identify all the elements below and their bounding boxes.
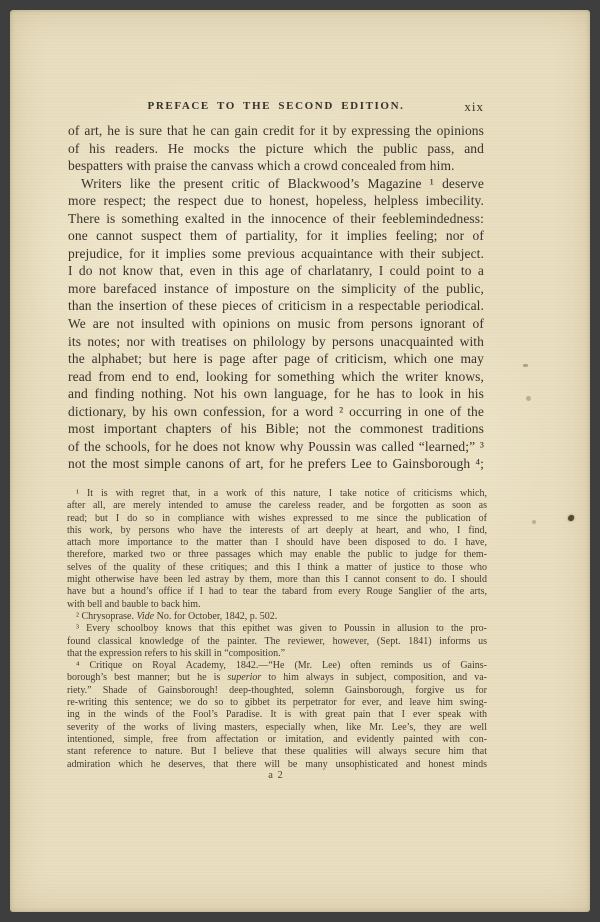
text-line: attach more importance to the matter tha… bbox=[67, 537, 487, 549]
book-page: PREFACE TO THE SECOND EDITION. xix of ar… bbox=[10, 10, 590, 912]
foxing-speck bbox=[568, 515, 574, 521]
text-line: ing in the winds of the Fool’s Paradise.… bbox=[67, 709, 487, 721]
text-line: more barefaced instance of imposture on … bbox=[68, 280, 484, 298]
text-line: Writers like the present critic of Black… bbox=[68, 175, 484, 193]
text-line: ³ Every schoolboy knows that this epithe… bbox=[67, 623, 487, 635]
text-line: found classical knowledge of the painter… bbox=[67, 636, 487, 648]
text-line: bespatters with praise the canvass which… bbox=[68, 157, 484, 175]
text-line: this work, by persons who have the inter… bbox=[67, 525, 487, 537]
text-line: and finding nothing. Not his own languag… bbox=[68, 385, 484, 403]
text-line: selves of the quality of these critiques… bbox=[67, 562, 487, 574]
text-line: read from end to end, looking for someth… bbox=[68, 368, 484, 386]
text-line: have but a hound’s office if I had to te… bbox=[67, 586, 487, 598]
paragraph: ³ Every schoolboy knows that this epithe… bbox=[67, 623, 487, 660]
body-text: of art, he is sure that he can gain cred… bbox=[68, 122, 484, 473]
text-line: ⁴ Critique on Royal Academy, 1842.—“He (… bbox=[67, 660, 487, 672]
paragraph: ¹ It is with regret that, in a work of t… bbox=[67, 488, 487, 611]
foxing-speck bbox=[532, 520, 536, 524]
text-line: might otherwise have been led astray by … bbox=[67, 574, 487, 586]
running-header-title: PREFACE TO THE SECOND EDITION. bbox=[68, 100, 484, 112]
text-line: with bell and bauble to back him. bbox=[67, 599, 487, 611]
text-line: There is something exalted in the innoce… bbox=[68, 210, 484, 228]
footnotes-section: ¹ It is with regret that, in a work of t… bbox=[67, 488, 487, 771]
text-line: ¹ It is with regret that, in a work of t… bbox=[67, 488, 487, 500]
text-line: riety.” Shade of Gainsborough! deep-thou… bbox=[67, 685, 487, 697]
text-line: ² Chrysoprase. Vide No. for October, 184… bbox=[67, 611, 487, 623]
text-line: that the expression refers to his skill … bbox=[67, 648, 487, 660]
text-line: dictionary, by his own confession, for a… bbox=[68, 403, 484, 421]
foxing-speck bbox=[523, 364, 528, 367]
photo-background: PREFACE TO THE SECOND EDITION. xix of ar… bbox=[0, 0, 600, 922]
text-line: admiration which he deserves, that there… bbox=[67, 759, 487, 771]
text-line: stant reference to nature. But I believe… bbox=[67, 746, 487, 758]
text-line: of the schools, for he does not know why… bbox=[68, 438, 484, 456]
text-line: its notes; nor with treatises on philolo… bbox=[68, 333, 484, 351]
text-line: I do not know that, even in this age of … bbox=[68, 262, 484, 280]
text-line: more respect; the respect due to honest,… bbox=[68, 192, 484, 210]
text-line: prejudice, for it implies some previous … bbox=[68, 245, 484, 263]
paragraph: Writers like the present critic of Black… bbox=[68, 175, 484, 473]
paragraph: of art, he is sure that he can gain cred… bbox=[68, 122, 484, 175]
signature-mark: a 2 bbox=[68, 770, 484, 781]
text-line: severity of the works of living masters,… bbox=[67, 722, 487, 734]
text-line: of art, he is sure that he can gain cred… bbox=[68, 122, 484, 140]
text-line: of his readers. He mocks the picture whi… bbox=[68, 140, 484, 158]
text-line: most important chapters of his Bible; no… bbox=[68, 420, 484, 438]
text-line: one cannot suspect them of partiality, f… bbox=[68, 227, 484, 245]
text-line: read; but I do so in compliance with wis… bbox=[67, 513, 487, 525]
foxing-speck bbox=[526, 396, 531, 401]
text-line: not the most simple canons of art, for h… bbox=[68, 455, 484, 473]
text-line: We are not insulted with opinions on mus… bbox=[68, 315, 484, 333]
paragraph: ² Chrysoprase. Vide No. for October, 184… bbox=[67, 611, 487, 623]
page-header: PREFACE TO THE SECOND EDITION. xix bbox=[68, 100, 484, 116]
text-line: the alphabet; but here is page after pag… bbox=[68, 350, 484, 368]
page-number: xix bbox=[464, 99, 484, 115]
text-line: borough’s best manner; but he is superio… bbox=[67, 672, 487, 684]
text-line: intentioned, simple, free from affectati… bbox=[67, 734, 487, 746]
text-line: therefore, marked two or three passages … bbox=[67, 549, 487, 561]
text-line: after all, are merely intended to amuse … bbox=[67, 500, 487, 512]
text-line: re-writing this sentence; we do so to gi… bbox=[67, 697, 487, 709]
text-line: than the insertion of these pieces of cr… bbox=[68, 297, 484, 315]
paragraph: ⁴ Critique on Royal Academy, 1842.—“He (… bbox=[67, 660, 487, 771]
